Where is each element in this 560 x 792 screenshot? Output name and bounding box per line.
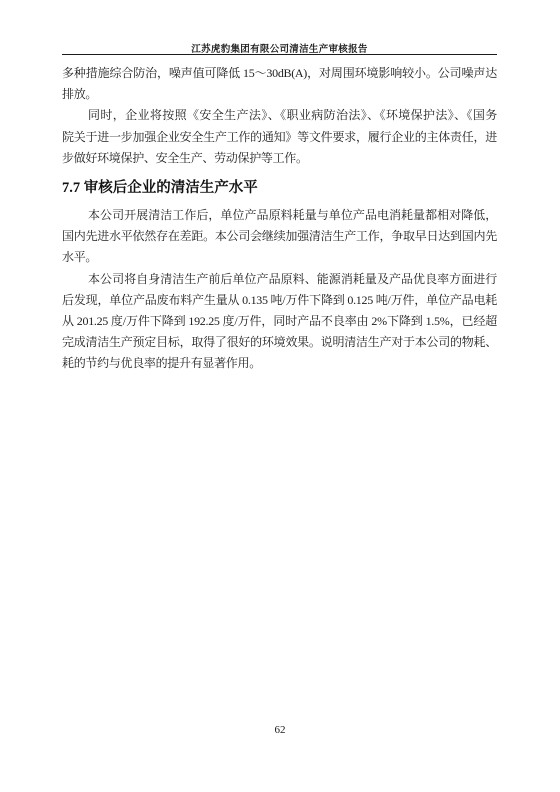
paragraph2-line3: 步做好环境保护、安全生产、劳动保护等工作。	[62, 148, 497, 169]
section-heading: 7.7 审核后企业的清洁生产水平	[62, 176, 497, 200]
paragraph4-line5: 耗的节约与优良率的提升有显著作用。	[62, 353, 497, 374]
page-number: 62	[0, 724, 560, 736]
document-page: 江苏虎豹集团有限公司清洁生产审核报告 多种措施综合防治，噪声值可降低 15～30…	[0, 0, 560, 792]
paragraph1-line1: 多种措施综合防治，噪声值可降低 15～30dB(A)，对周围环境影响较小。公司噪…	[62, 63, 497, 84]
paragraph3-line2: 国内先进水平依然存在差距。本公司会继续加强清洁生产工作，争取早日达到国内先进	[62, 226, 497, 247]
paragraph2-line2: 院关于进一步加强企业安全生产工作的通知》等文件要求，履行企业的主体责任，进一	[62, 127, 497, 148]
paragraph4-line3: 从 201.25 度/万件下降到 192.25 度/万件，同时产品不良率由 2%…	[62, 311, 497, 332]
header-title: 江苏虎豹集团有限公司清洁生产审核报告	[62, 41, 497, 55]
paragraph2-line1: 同时，企业将按照《安全生产法》、《职业病防治法》、《环境保护法》、《国务	[62, 105, 497, 126]
header-rule	[62, 54, 497, 55]
paragraph1-line2: 排放。	[62, 84, 497, 105]
paragraph3-line3: 水平。	[62, 247, 497, 268]
document-body: 多种措施综合防治，噪声值可降低 15～30dB(A)，对周围环境影响较小。公司噪…	[62, 63, 497, 374]
paragraph4-line2: 后发现，单位产品废布料产生量从 0.135 吨/万件下降到 0.125 吨/万件…	[62, 290, 497, 311]
paragraph4-line1: 本公司将自身清洁生产前后单位产品原料、能源消耗量及产品优良率方面进行对比	[62, 269, 497, 290]
paragraph4-line4: 完成清洁生产预定目标，取得了很好的环境效果。说明清洁生产对于本公司的物耗、能	[62, 332, 497, 353]
paragraph3-line1: 本公司开展清洁工作后，单位产品原料耗量与单位产品电消耗量都相对降低，但与	[62, 205, 497, 226]
